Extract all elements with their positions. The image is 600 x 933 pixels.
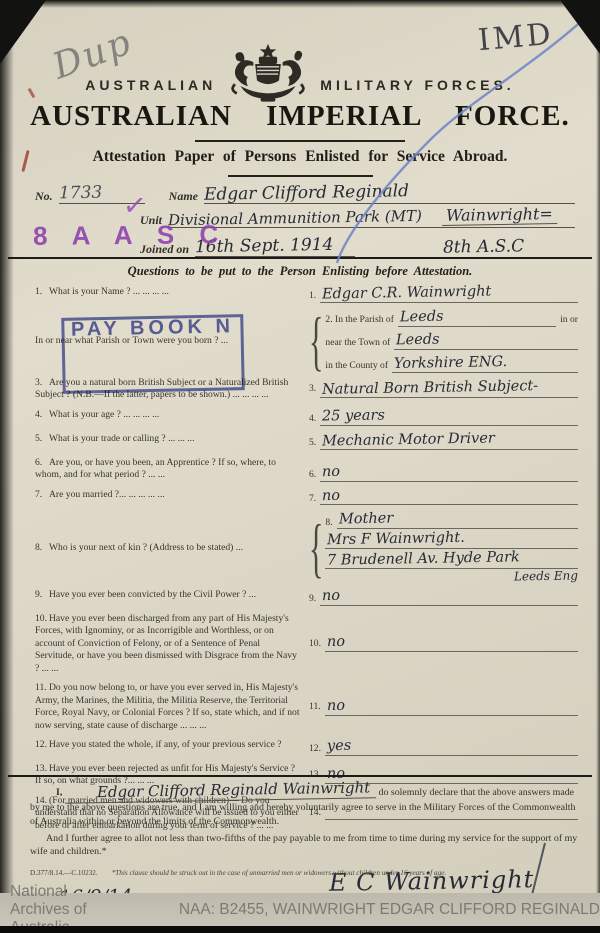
- question-row-1: 1.What is your Name ? ... ... ... ... 1.…: [35, 286, 578, 303]
- answer-bracket: {: [309, 298, 323, 384]
- q8-line4: Leeds Eng: [514, 569, 578, 586]
- q2-town: Leeds: [396, 332, 440, 349]
- q2-county: Yorkshire ENG.: [394, 355, 508, 373]
- scan-edge-left: [0, 0, 14, 933]
- scan-corner-top-left: [0, 0, 46, 64]
- question-row-7: 7.Are you married ?... ... ... ... ... 7…: [35, 489, 578, 506]
- q10-answer: no: [327, 635, 345, 651]
- decl-name-handwritten: Edgar Clifford Reginald Wainwright: [65, 777, 377, 804]
- q5-answer: Mechanic Motor Driver: [322, 431, 495, 450]
- q11-answer: no: [327, 698, 345, 714]
- declaration: I, Edgar Clifford Reginald Wainwright do…: [30, 780, 578, 911]
- question-row-12: 12.Have you stated the whole, if any, of…: [35, 739, 578, 756]
- q8-line3: 7 Brudenell Av. Hyde Park: [327, 551, 520, 570]
- question-row-10: 10.Have you ever been discharged from an…: [35, 613, 578, 675]
- document-title: AUSTRALIAN IMPERIAL FORCE.: [0, 100, 600, 133]
- archive-reference: NAA: B2455, WAINWRIGHT EDGAR CLIFFORD RE…: [179, 901, 600, 919]
- question-row-9: 9.Have you ever been convicted by the Ci…: [35, 589, 578, 606]
- q6-answer: no: [322, 464, 340, 480]
- q4-text: What is your age ? ... ... ... ...: [49, 409, 159, 420]
- q1-text: What is your Name ? ... ... ... ...: [49, 286, 169, 297]
- questions-heading: Questions to be put to the Person Enlist…: [0, 264, 600, 279]
- section-rule-bottom: [8, 775, 592, 777]
- q1-answer: Edgar C.R. Wainwright: [322, 285, 492, 304]
- pay-book-stamp: PAY BOOK N: [61, 314, 245, 394]
- subtitle-rule: [228, 175, 373, 177]
- decl-lead: I,: [56, 787, 62, 798]
- scan-edge-top: [0, 0, 600, 8]
- small-print: D.377/8.14.—C.10232. *This clause should…: [30, 869, 578, 877]
- decl-allotment: And I further agree to allot not less th…: [30, 832, 578, 859]
- q8-line1: Mother: [338, 512, 393, 529]
- archive-footer: National Archives of Australia NAA: B245…: [0, 893, 600, 926]
- q3-answer: Natural Born British Subject-: [322, 379, 538, 399]
- clause-footnote: *This clause should be struck out in the…: [112, 869, 447, 877]
- question-row-4: 4.What is your age ? ... ... ... ... 4.2…: [35, 409, 578, 426]
- q2-parish: Leeds: [400, 310, 444, 327]
- q12-text: Have you stated the whole, if any, of yo…: [49, 739, 281, 750]
- form-number: D.377/8.14.—C.10232.: [30, 869, 112, 877]
- question-row-5: 5.What is your trade or calling ? ... ..…: [35, 433, 578, 450]
- attestation-paper-scan: AUSTRALIAN MILITARY FORCES.: [0, 0, 600, 933]
- q12-answer: yes: [327, 739, 351, 755]
- header-right-text: MILITARY FORCES.: [320, 77, 514, 93]
- question-row-11: 11.Do you now belong to, or have you eve…: [35, 682, 578, 732]
- document-subtitle: Attestation Paper of Persons Enlisted fo…: [0, 148, 600, 166]
- header-left-text: AUSTRALIAN: [85, 77, 216, 93]
- scan-edge-right: [596, 0, 600, 933]
- section-rule-top: [8, 257, 592, 259]
- joined-corps: 8th A.S.C: [443, 236, 524, 257]
- no-label: No.: [35, 189, 59, 204]
- q11-text: Do you now belong to, or have you ever s…: [35, 682, 299, 730]
- name-label: Name: [169, 189, 204, 204]
- scan-edge-bottom: [0, 926, 600, 933]
- service-number: 1733: [59, 183, 103, 204]
- answer-bracket: {: [309, 506, 323, 592]
- pencil-annotation-imd: IMD: [477, 17, 555, 58]
- q6-text: Are you, or have you been, an Apprentice…: [35, 457, 276, 480]
- q7-text: Are you married ?... ... ... ... ...: [49, 489, 165, 500]
- question-row-6: 6.Are you, or have you been, an Apprenti…: [35, 457, 578, 482]
- name-value: Edgar Clifford Reginald: [204, 181, 409, 205]
- unit-stamp-8aasc: 8 A A S C: [33, 219, 227, 252]
- q9-answer: no: [322, 589, 340, 605]
- q5-text: What is your trade or calling ? ... ... …: [49, 433, 194, 444]
- q8-line2: Mrs F Wainwright.: [327, 531, 465, 549]
- name-overflow: Wainwright=: [442, 204, 557, 226]
- q8-text: Who is your next of kin ? (Address to be…: [49, 542, 243, 553]
- enlistment-fields: No. 1733 Name Edgar Clifford Reginald Wa…: [35, 183, 575, 262]
- q4-answer: 25 years: [322, 408, 385, 425]
- q7-answer: no: [322, 488, 340, 504]
- scan-corner-top-right: [560, 0, 600, 54]
- title-rule: [195, 140, 405, 142]
- q9-text: Have you ever been convicted by the Civi…: [49, 589, 256, 600]
- q10-text: Have you ever been discharged from any p…: [35, 613, 297, 674]
- check-mark: ✓: [121, 188, 148, 224]
- question-row-8: 8.Who is your next of kin ? (Address to …: [35, 512, 578, 584]
